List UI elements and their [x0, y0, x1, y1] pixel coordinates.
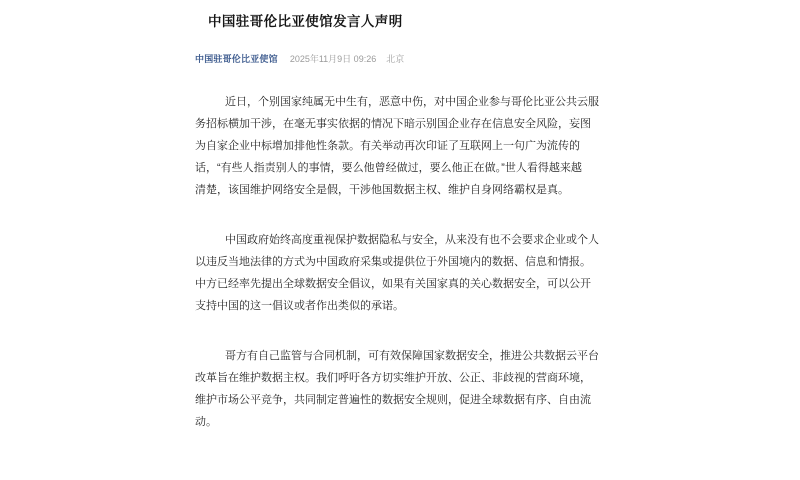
- statement-body: 近日，个别国家纯属无中生有，恶意中伤，对中国企业参与哥伦比亚公共云服 务招标横加…: [195, 91, 607, 433]
- statement-paragraph: 哥方有自己监管与合同机制，可有效保障国家数据安全，推进公共数据云平台 改革旨在维…: [195, 345, 607, 433]
- publish-datetime: 2025年11月9日 09:26: [290, 53, 376, 66]
- publish-location: 北京: [386, 53, 404, 66]
- byline: 中国驻哥伦比亚使馆 2025年11月9日 09:26 北京: [195, 53, 607, 66]
- statement-article: 中国驻哥伦比亚使馆发言人声明 中国驻哥伦比亚使馆 2025年11月9日 09:2…: [195, 13, 607, 433]
- statement-paragraph: 近日，个别国家纯属无中生有，恶意中伤，对中国企业参与哥伦比亚公共云服 务招标横加…: [195, 91, 607, 201]
- page-title: 中国驻哥伦比亚使馆发言人声明: [208, 13, 607, 31]
- author-link[interactable]: 中国驻哥伦比亚使馆: [195, 53, 278, 66]
- statement-paragraph: 中国政府始终高度重视保护数据隐私与安全，从来没有也不会要求企业或个人 以违反当地…: [195, 229, 607, 317]
